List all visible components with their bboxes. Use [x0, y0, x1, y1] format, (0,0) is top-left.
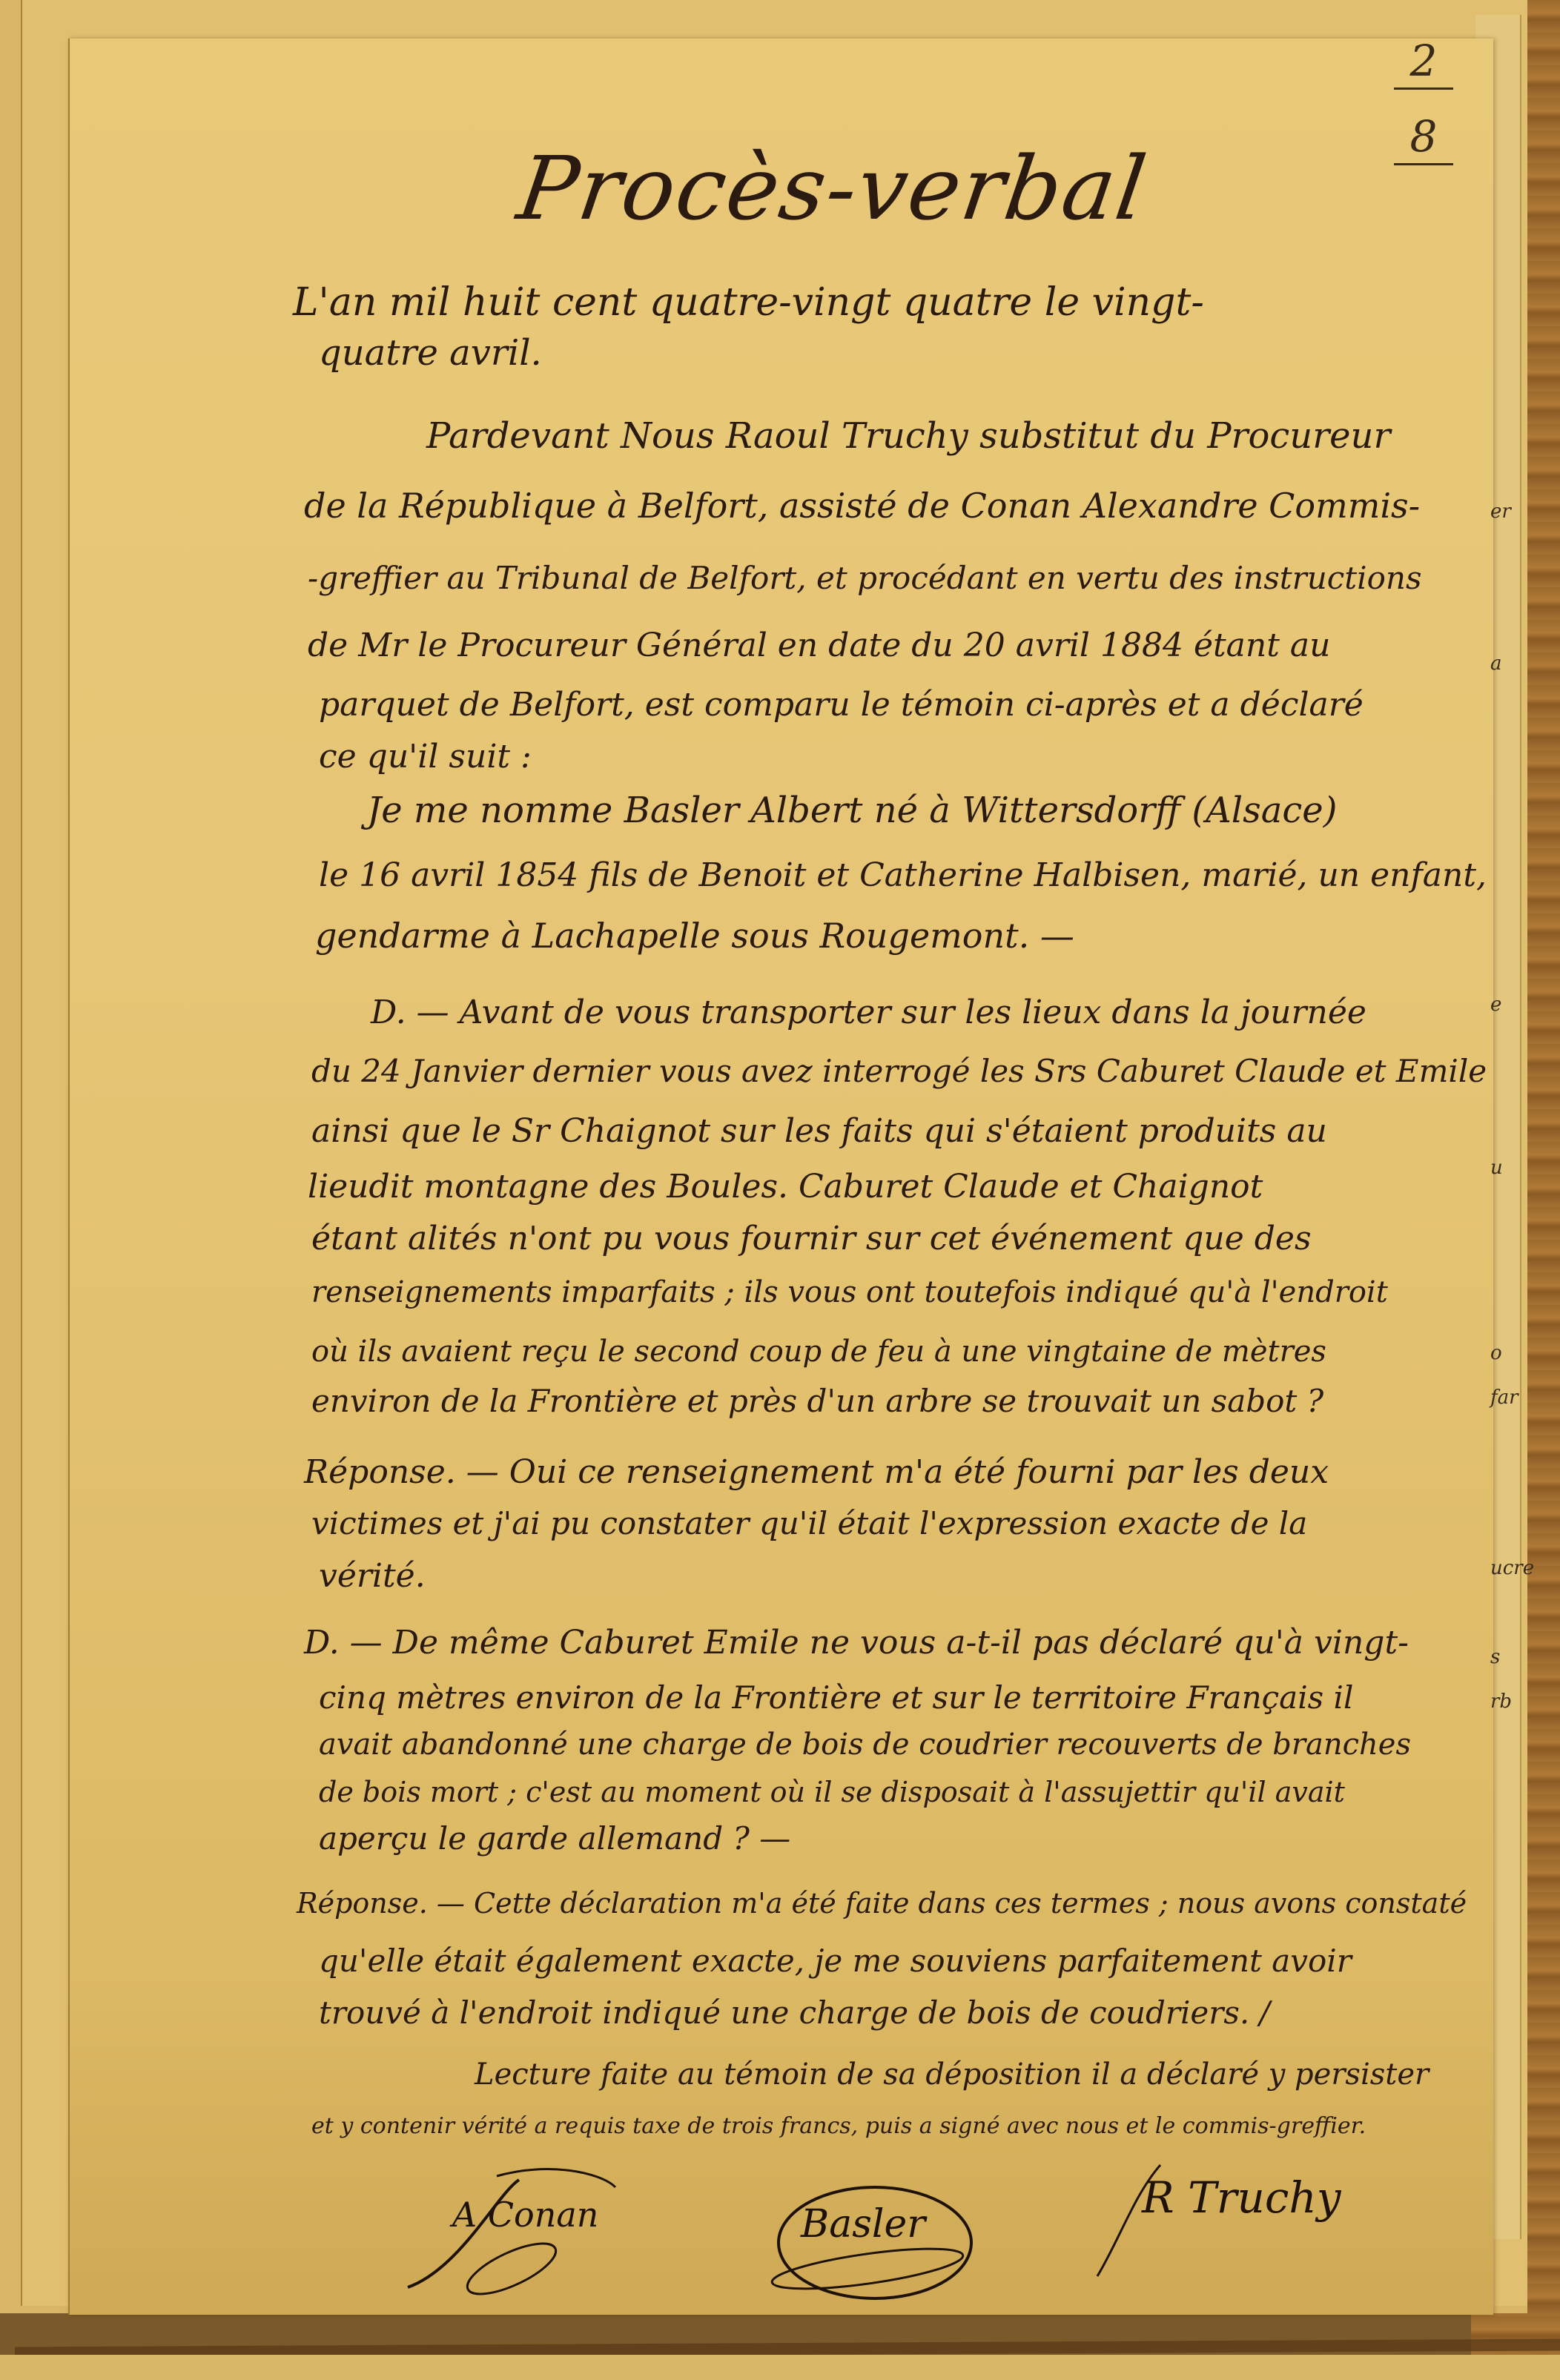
text-line-3: Pardevant Nous Raoul Truchy substitut du…: [426, 415, 1390, 457]
text-line-27: aperçu le garde allemand ? —: [319, 1820, 790, 1857]
signature-truchy: R Truchy: [1142, 2172, 1341, 2223]
text-line-7: parquet de Belfort, est comparu le témoi…: [319, 686, 1364, 724]
document-title: Procès-verbal: [512, 137, 1153, 239]
text-line-30: trouvé à l'endroit indiqué une charge de…: [319, 1994, 1270, 2031]
text-line-29: qu'elle était également exacte, je me so…: [319, 1943, 1352, 1979]
margin-fragment: ucre: [1490, 1557, 1534, 1579]
text-line-15: lieudit montagne des Boules. Caburet Cla…: [308, 1168, 1263, 1206]
folio-number-top: 2: [1394, 36, 1453, 90]
margin-fragment: rb: [1490, 1690, 1512, 1713]
text-line-5: -greffier au Tribunal de Belfort, et pro…: [308, 560, 1422, 596]
text-line-24: cinq mètres environ de la Frontière et s…: [319, 1679, 1353, 1716]
text-line-2: quatre avril.: [319, 332, 542, 374]
margin-fragment: u: [1490, 1157, 1503, 1179]
text-line-16: étant alités n'ont pu vous fournir sur c…: [311, 1220, 1312, 1257]
text-line-20: Réponse. — Oui ce renseignement m'a été …: [304, 1453, 1329, 1491]
text-line-6: de Mr le Procureur Général en date du 20…: [308, 627, 1330, 664]
text-line-12: D. — Avant de vous transporter sur les l…: [371, 994, 1366, 1031]
text-line-4: de la République à Belfort, assisté de C…: [304, 486, 1420, 526]
text-line-26: de bois mort ; c'est au moment où il se …: [319, 1776, 1345, 1808]
signature-basler: Basler: [801, 2202, 925, 2247]
margin-fragment: e: [1490, 994, 1501, 1016]
text-line-1: L'an mil huit cent quatre-vingt quatre l…: [293, 280, 1204, 325]
text-line-32: et y contenir vérité a requis taxe de tr…: [311, 2113, 1366, 2139]
text-line-18: où ils avaient reçu le second coup de fe…: [311, 1335, 1326, 1369]
text-line-8: ce qu'il suit :: [319, 738, 532, 776]
folio-number-bottom: 8: [1394, 111, 1453, 165]
signature-conan: A Conan: [452, 2195, 598, 2235]
margin-fragment: far: [1490, 1386, 1518, 1409]
text-line-22: vérité.: [319, 1557, 426, 1595]
bottom-sheet-edge: [0, 2355, 1560, 2380]
text-line-21: victimes et j'ai pu constater qu'il étai…: [311, 1505, 1307, 1541]
margin-fragment: a: [1490, 652, 1502, 675]
margin-fragment: o: [1490, 1342, 1502, 1364]
text-line-25: avait abandonné une charge de bois de co…: [319, 1728, 1411, 1762]
text-line-31: Lecture faite au témoin de sa déposition…: [475, 2057, 1429, 2092]
text-line-10: le 16 avril 1854 fils de Benoit et Cathe…: [319, 856, 1487, 894]
margin-fragment: er: [1490, 500, 1511, 523]
text-line-14: ainsi que le Sr Chaignot sur les faits q…: [311, 1112, 1327, 1150]
text-line-9: Je me nomme Basler Albert né à Wittersdo…: [367, 790, 1337, 831]
text-line-19: environ de la Frontière et près d'un arb…: [311, 1383, 1323, 1419]
text-line-13: du 24 Janvier dernier vous avez interrog…: [311, 1053, 1487, 1089]
text-line-17: renseignements imparfaits ; ils vous ont…: [311, 1275, 1388, 1309]
text-line-11: gendarme à Lachapelle sous Rougemont. —: [315, 916, 1074, 956]
margin-fragment: s: [1490, 1646, 1500, 1668]
text-line-23: D. — De même Caburet Emile ne vous a-t-i…: [304, 1624, 1409, 1662]
text-line-28: Réponse. — Cette déclaration m'a été fai…: [297, 1887, 1467, 1920]
